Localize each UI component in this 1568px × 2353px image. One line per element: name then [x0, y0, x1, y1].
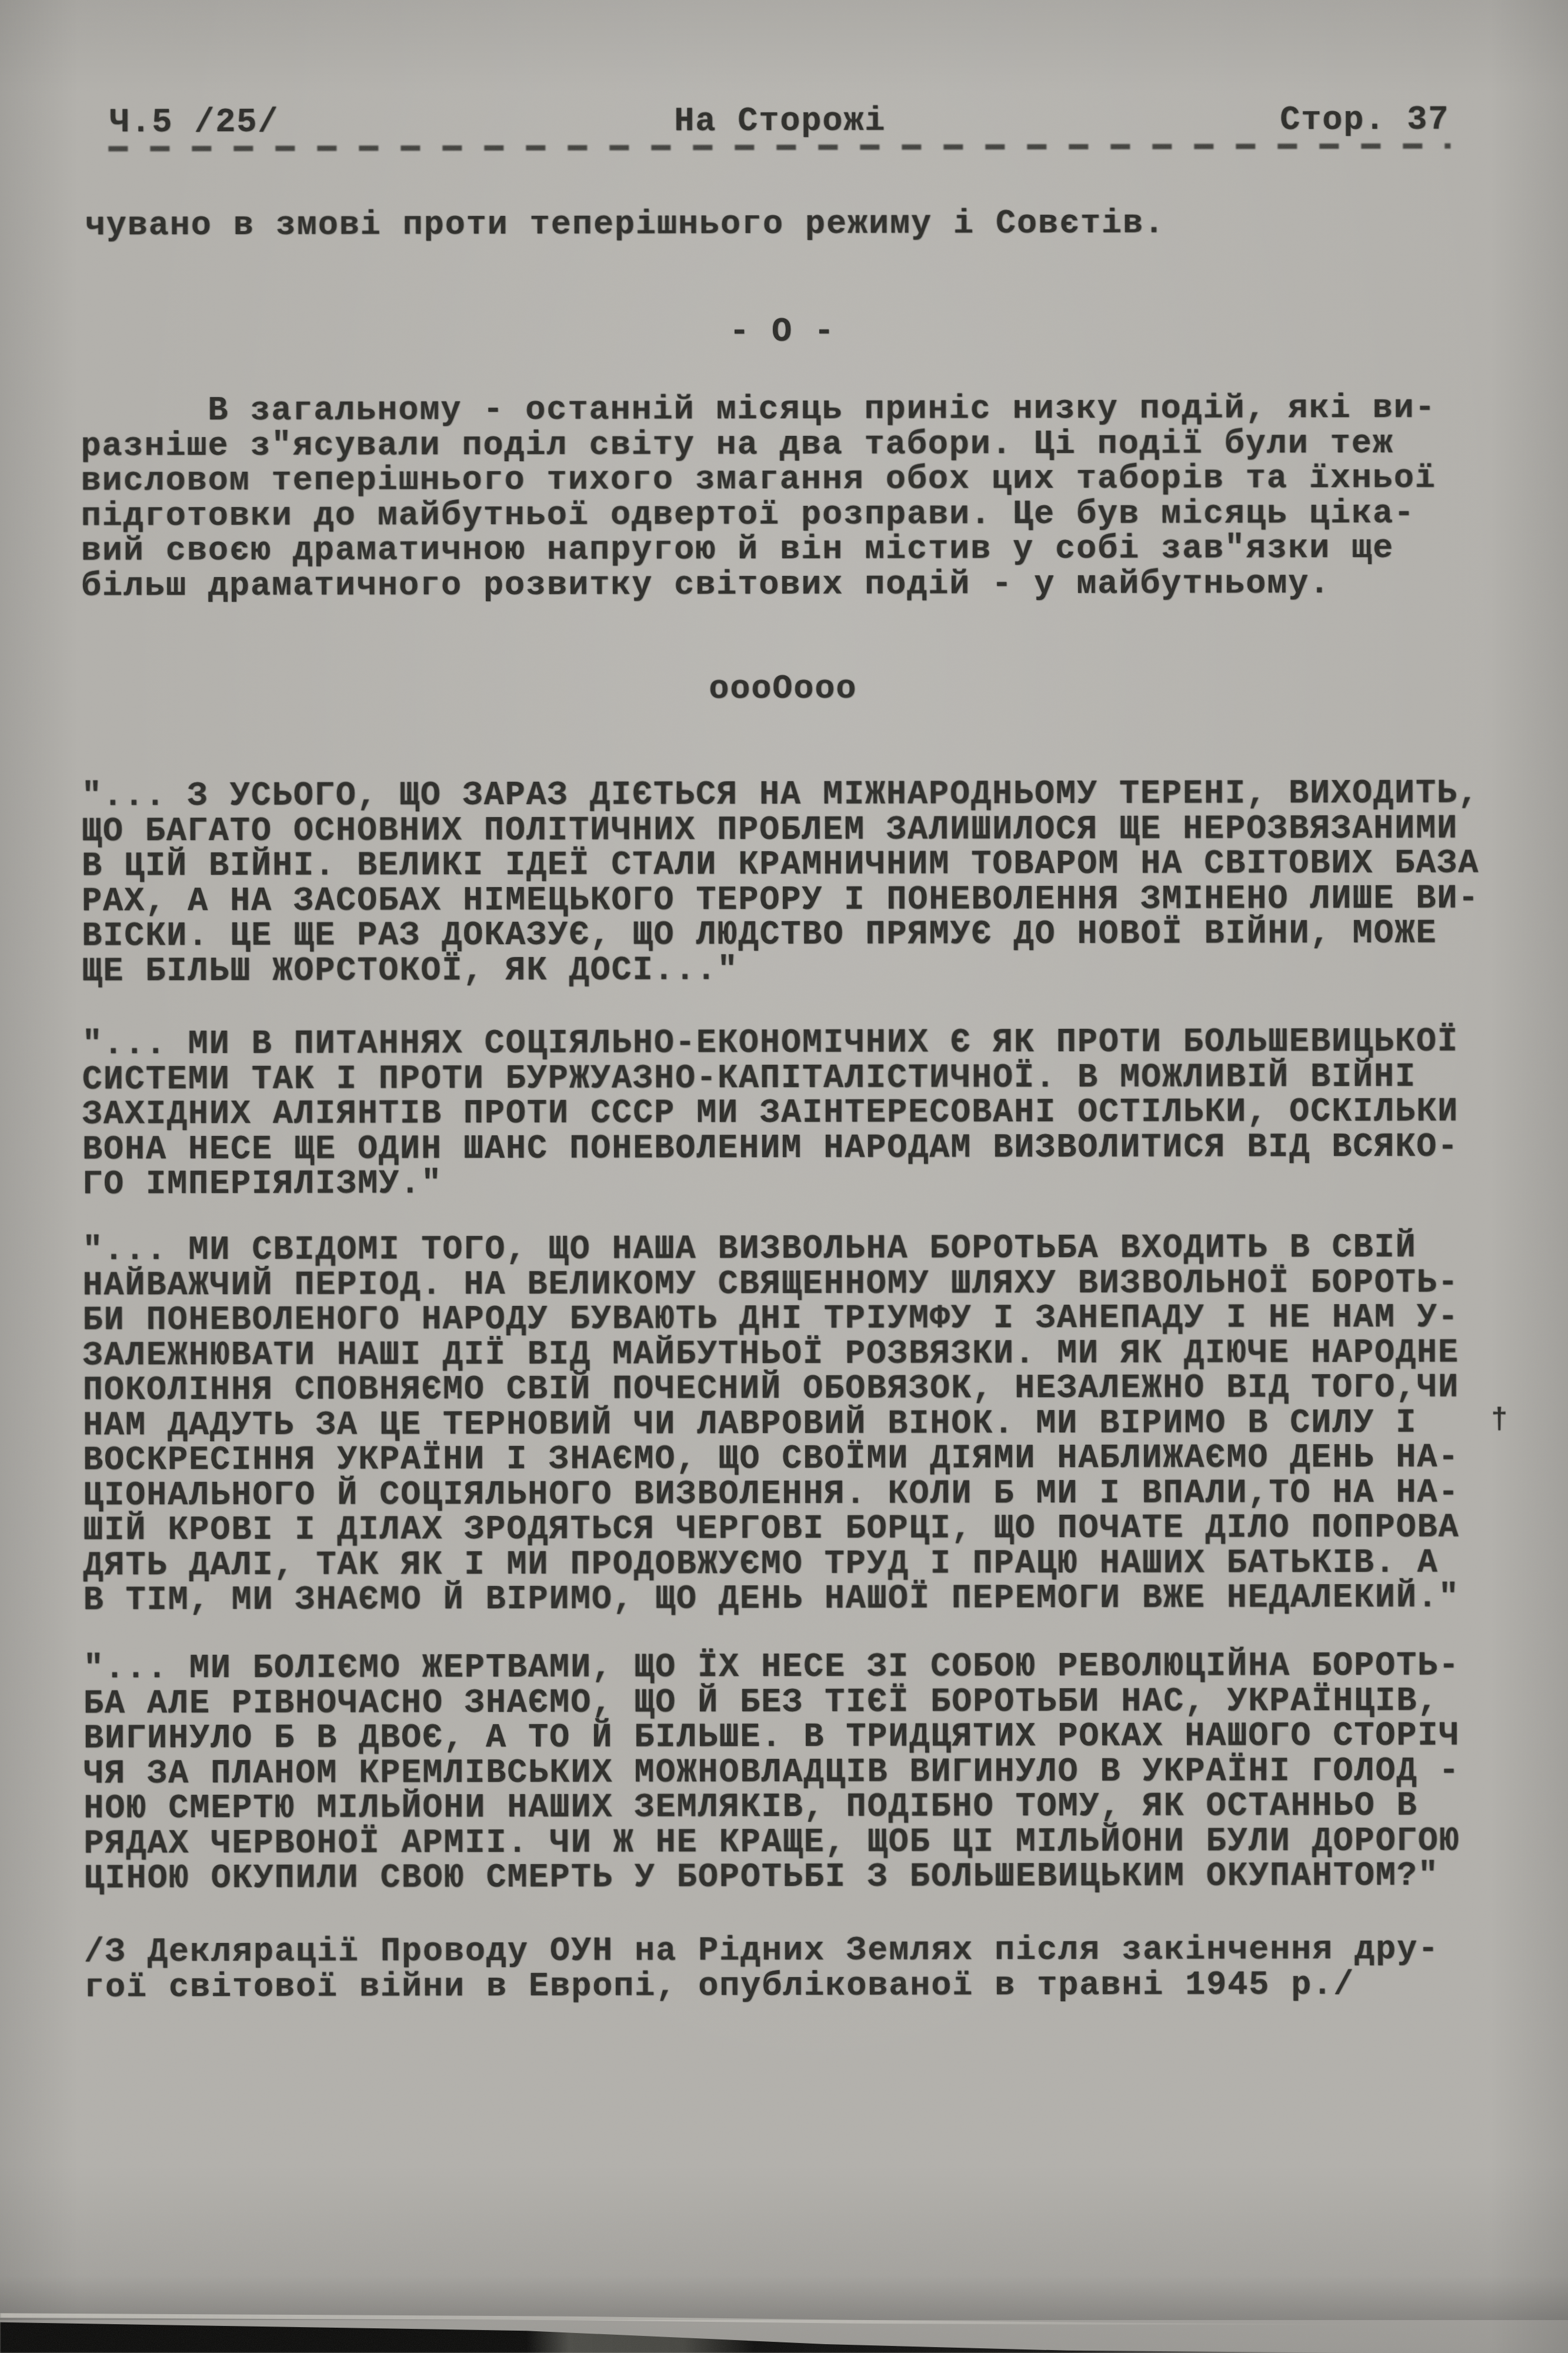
- text-line: разніше з"ясували поділ світу на два таб…: [81, 426, 1436, 464]
- text-line: ЦІОНАЛЬНОГО Й СОЦІЯЛЬНОГО ВИЗВОЛЕННЯ. КО…: [83, 1476, 1459, 1514]
- carryover-line: чувано в змові проти теперішнього режиму…: [85, 207, 1165, 244]
- text-line: "... МИ БОЛІЄМО ЖЕРТВАМИ, ЩО ЇХ НЕСЕ ЗІ …: [84, 1649, 1460, 1687]
- section-divider: - О -: [0, 314, 1566, 352]
- text-line: ВОСКРЕСІННЯ УКРАЇНИ І ЗНАЄМО, ЩО СВОЇМИ …: [83, 1441, 1459, 1479]
- text-line: ЩЕ БІЛЬШ ЖОРСТОКОЇ, ЯК ДОСІ...": [82, 952, 1479, 989]
- text-line: ЗАЛЕЖНЮВАТИ НАШІ ДІЇ ВІД МАЙБУТНЬОЇ РОЗВ…: [83, 1336, 1459, 1374]
- text-line: В ТІМ, МИ ЗНАЄМО Й ВІРИМО, ЩО ДЕНЬ НАШОЇ…: [83, 1581, 1459, 1619]
- text-line: БИ ПОНЕВОЛЕНОГО НАРОДУ БУВАЮТЬ ДНІ ТРІУМ…: [82, 1301, 1459, 1339]
- text-line: НАМ ДАДУТЬ ЗА ЦЕ ТЕРНОВИЙ ЧИ ЛАВРОВИЙ ВІ…: [83, 1406, 1459, 1444]
- text-line: висловом теперішнього тихого змагання об…: [81, 462, 1436, 499]
- text-line: ПОКОЛІННЯ СПОВНЯЄМО СВІЙ ПОЧЕСНИЙ ОБОВЯЗ…: [83, 1371, 1459, 1409]
- scanned-page: Ч.5 /25/ На Сторожі Стор. 37 чувано в зм…: [0, 0, 1568, 2353]
- text-line: ЦІНОЮ ОКУПИЛИ СВОЮ СМЕРТЬ У БОРОТЬБІ З Б…: [84, 1859, 1460, 1897]
- text-line: вий своєю драматичною напругою й він міс…: [81, 532, 1436, 569]
- dashed-rule: [108, 144, 1450, 152]
- header-journal-title: На Сторожі: [674, 105, 886, 140]
- quote-paragraph-2: "... МИ В ПИТАННЯХ СОЦІЯЛЬНО-ЕКОНОМІЧНИХ…: [82, 1025, 1459, 1203]
- text-line: ШІЙ КРОВІ І ДІЛАХ ЗРОДЯТЬСЯ ЧЕРГОВІ БОРЦ…: [83, 1511, 1459, 1549]
- text-line: "... З УСЬОГО, ЩО ЗАРАЗ ДІЄТЬСЯ НА МІЖНА…: [82, 777, 1479, 815]
- intro-paragraph: В загальному - останній місяць приніс ни…: [81, 392, 1436, 605]
- quote-paragraph-4: "... МИ БОЛІЄМО ЖЕРТВАМИ, ЩО ЇХ НЕСЕ ЗІ …: [84, 1649, 1460, 1897]
- text-line: РАХ, А НА ЗАСОБАХ НІМЕЦЬКОГО ТЕРОРУ І ПО…: [82, 882, 1479, 919]
- text-line: В загальному - останній місяць приніс ни…: [81, 392, 1436, 429]
- text-line: НОЮ СМЕРТЮ МІЛЬЙОНИ НАШИХ ЗЕМЛЯКІВ, ПОДІ…: [84, 1789, 1460, 1827]
- text-line: ВИГИНУЛО Б В ДВОЄ, А ТО Й БІЛЬШЕ. В ТРИД…: [84, 1719, 1460, 1757]
- insertion-mark: †: [1491, 1404, 1508, 1436]
- text-line: ВОНА НЕСЕ ЩЕ ОДИН ШАНС ПОНЕВОЛЕНИМ НАРОД…: [82, 1130, 1459, 1168]
- text-line: ВІСКИ. ЦЕ ЩЕ РАЗ ДОКАЗУЄ, ЩО ЛЮДСТВО ПРЯ…: [82, 917, 1479, 955]
- text-line: ЩО БАГАТО ОСНОВНИХ ПОЛІТИЧНИХ ПРОБЛЕМ ЗА…: [82, 812, 1479, 849]
- text-line: БА АЛЕ РІВНОЧАСНО ЗНАЄМО, ЩО Й БЕЗ ТІЄЇ …: [84, 1684, 1460, 1722]
- text-line: ЗАХІДНИХ АЛІЯНТІВ ПРОТИ СССР МИ ЗАІНТЕРЕ…: [82, 1095, 1459, 1133]
- text-line: СИСТЕМИ ТАК І ПРОТИ БУРЖУАЗНО-КАПІТАЛІСТ…: [82, 1060, 1459, 1098]
- page-content: Ч.5 /25/ На Сторожі Стор. 37 чувано в зм…: [0, 0, 1568, 2353]
- quote-paragraph-3: "... МИ СВІДОМІ ТОГО, ЩО НАША ВИЗВОЛЬНА …: [82, 1231, 1460, 1619]
- text-line: "... МИ СВІДОМІ ТОГО, ЩО НАША ВИЗВОЛЬНА …: [82, 1231, 1459, 1269]
- header-issue-number: Ч.5 /25/: [109, 106, 279, 141]
- bottom-shadow: [0, 2275, 1568, 2320]
- text-line: більш драматичного розвитку світових под…: [81, 566, 1436, 604]
- text-line: підготовки до майбутньої одвертої розпра…: [81, 496, 1436, 534]
- quote-paragraph-1: "... З УСЬОГО, ЩО ЗАРАЗ ДІЄТЬСЯ НА МІЖНА…: [82, 777, 1480, 990]
- text-line: ДЯТЬ ДАЛІ, ТАК ЯК І МИ ПРОДОВЖУЄМО ТРУД …: [83, 1546, 1459, 1584]
- ornament-divider: оооОооо: [0, 671, 1567, 709]
- source-note: /З Деклярації Проводу ОУН на Рідних Земл…: [84, 1933, 1440, 2006]
- text-line: /З Деклярації Проводу ОУН на Рідних Земл…: [84, 1933, 1439, 1971]
- text-line: НАЙВАЖЧИЙ ПЕРІОД. НА ВЕЛИКОМУ СВЯЩЕННОМУ…: [82, 1266, 1459, 1304]
- text-line: "... МИ В ПИТАННЯХ СОЦІЯЛЬНО-ЕКОНОМІЧНИХ…: [82, 1025, 1458, 1063]
- text-line: ЧЯ ЗА ПЛАНОМ КРЕМЛІВСЬКИХ МОЖНОВЛАДЦІВ В…: [84, 1754, 1460, 1792]
- header-page-number: Стор. 37: [1280, 104, 1449, 139]
- text-line: гої світової війни в Европі, опублікован…: [84, 1968, 1439, 2005]
- text-line: РЯДАХ ЧЕРВОНОЇ АРМІІ. ЧИ Ж НЕ КРАЩЕ, ЩОБ…: [84, 1824, 1460, 1862]
- text-line: В ЦІЙ ВІЙНІ. ВЕЛИКІ ІДЕЇ СТАЛИ КРАМНИЧНИ…: [82, 847, 1479, 885]
- text-line: ГО ІМПЕРІЯЛІЗМУ.": [82, 1165, 1459, 1203]
